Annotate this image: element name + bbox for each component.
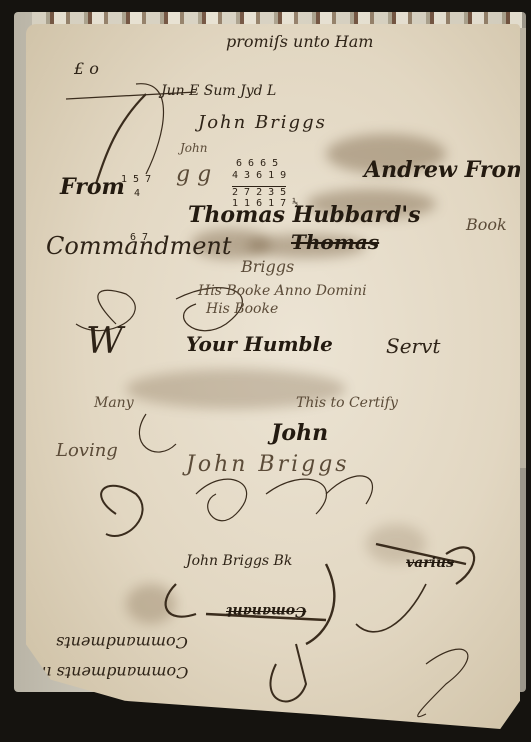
text-line: Loving: [56, 442, 118, 460]
text-line: Briggs: [241, 259, 294, 275]
initial-w: W: [86, 324, 123, 360]
margin-mark: £ o: [74, 61, 99, 77]
top-heading: promiſs unto Ham: [226, 34, 373, 50]
inverted-text: Commandments in: [36, 664, 188, 680]
signature-john-briggs: John Briggs Bk: [186, 554, 292, 568]
manuscript-page: promiſs unto Ham £ o Jun E Sum Jyd L Joh…: [26, 24, 520, 729]
signature-john-briggs: John Briggs: [198, 114, 327, 132]
text-line: His Booke: [206, 302, 278, 316]
crossed-text: Comanant: [226, 604, 306, 618]
sum-row: 2 7 2 3 5: [232, 186, 286, 198]
text-line: Andrew From: [364, 159, 529, 181]
inverted-text: Commandments: [56, 634, 188, 650]
text-line: His Booke Anno Domini: [198, 284, 367, 298]
crossed-text: varius: [406, 556, 454, 570]
text-line: This to Certify: [296, 396, 398, 410]
sum-row: 4 3 6 1 9: [232, 170, 286, 181]
text-line: Commandment: [46, 234, 232, 258]
text-line: Servt: [386, 336, 440, 356]
text-line: g g: [176, 164, 211, 186]
text-line: Jun E Sum Jyd L: [161, 84, 276, 98]
text-line: Book: [466, 217, 507, 233]
text-line: Your Humble: [186, 334, 333, 354]
sum-figure: 1 5 7: [121, 174, 151, 185]
signature-thomas-hubbard: Thomas Hubbard's: [188, 204, 421, 226]
sum-figure: 4: [134, 188, 140, 199]
text-line: John: [271, 422, 328, 444]
text-line: Many: [94, 396, 134, 410]
text-line: John: [180, 142, 208, 154]
signature-john-briggs: John Briggs: [186, 454, 350, 476]
text-line: From: [60, 176, 125, 198]
crossed-text: Thomas: [291, 232, 379, 252]
sum-row: 6 6 6 5: [236, 158, 278, 169]
